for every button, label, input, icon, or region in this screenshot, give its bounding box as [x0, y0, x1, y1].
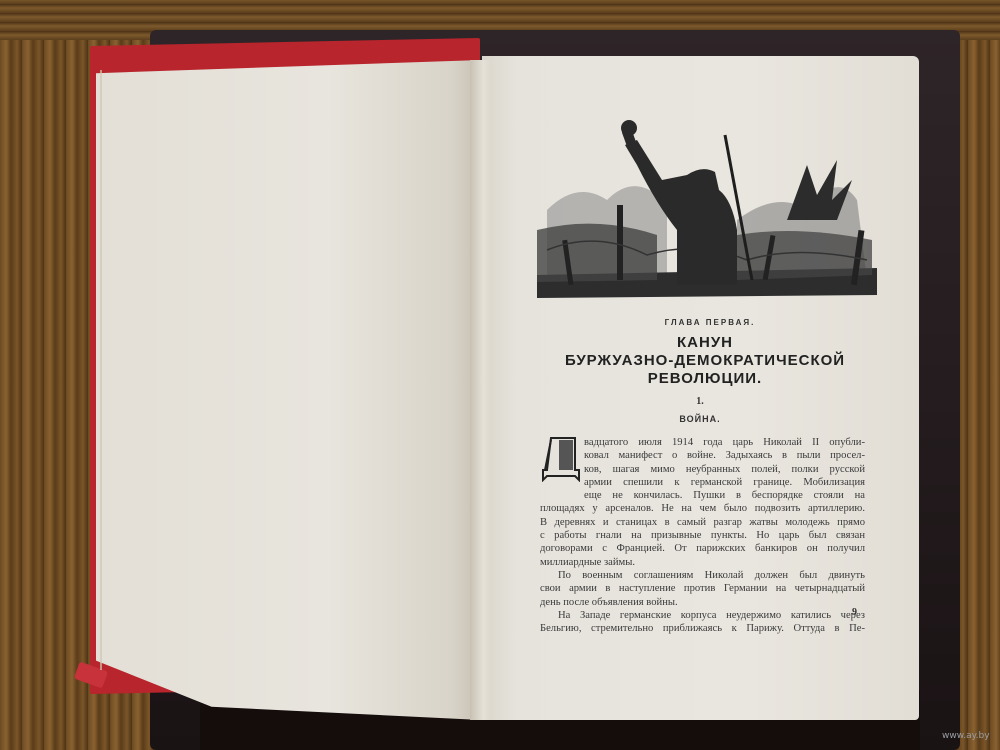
- text-line: с работы гнали на призывные пункты. Но ц…: [540, 529, 865, 542]
- text-line: вадцатого июля 1914 года царь Николай II…: [540, 436, 865, 449]
- text-line: свои армии в наступление против Германии…: [540, 582, 865, 595]
- text-line: армии спешили к германской границе. Моби…: [540, 476, 865, 489]
- section-number: 1.: [680, 396, 720, 407]
- text-line: Бельгию, стремительно приближаясь к Пари…: [540, 622, 865, 635]
- section-title: ВОЙНА.: [650, 414, 750, 424]
- text-line: По военным соглашениям Николай должен бы…: [540, 569, 865, 582]
- title-line: КАНУН: [520, 334, 890, 352]
- text-line: В деревнях и станицах в самый разгар жат…: [540, 516, 865, 529]
- text-line: день после объявления войны.: [540, 596, 865, 609]
- left-page-edge: [100, 70, 102, 670]
- book-gutter: [470, 60, 492, 720]
- text-line: ков, шагая мимо неубранных полей, полки …: [540, 463, 865, 476]
- text-line: площадях у арсеналов. Не на чем было под…: [540, 502, 865, 515]
- text-line: ковал манифест о войне. Задыхаясь в пыли…: [540, 449, 865, 462]
- chapter-label: ГЛАВА ПЕРВАЯ.: [560, 318, 860, 327]
- text-line: еще не кончилась. Пушки в беспорядке сто…: [540, 489, 865, 502]
- text-line: миллиардные займы.: [540, 556, 865, 569]
- title-line: БУРЖУАЗНО-ДЕМОКРАТИЧЕСКОЙ: [520, 352, 890, 370]
- text-line: На Западе германские корпуса неудержимо …: [540, 609, 865, 622]
- page-number: 9: [852, 607, 857, 618]
- title-line: РЕВОЛЮЦИИ.: [520, 370, 890, 388]
- chapter-title: КАНУН БУРЖУАЗНО-ДЕМОКРАТИЧЕСКОЙ РЕВОЛЮЦИ…: [520, 334, 890, 388]
- text-line: договорами с Францией. От парижских банк…: [540, 542, 865, 555]
- watermark: www.ay.by: [942, 731, 990, 741]
- chapter-body-text: вадцатого июля 1914 года царь Николай II…: [540, 436, 865, 635]
- soldier-with-raised-fist-illustration: [537, 110, 877, 300]
- left-page-blank: [96, 60, 481, 720]
